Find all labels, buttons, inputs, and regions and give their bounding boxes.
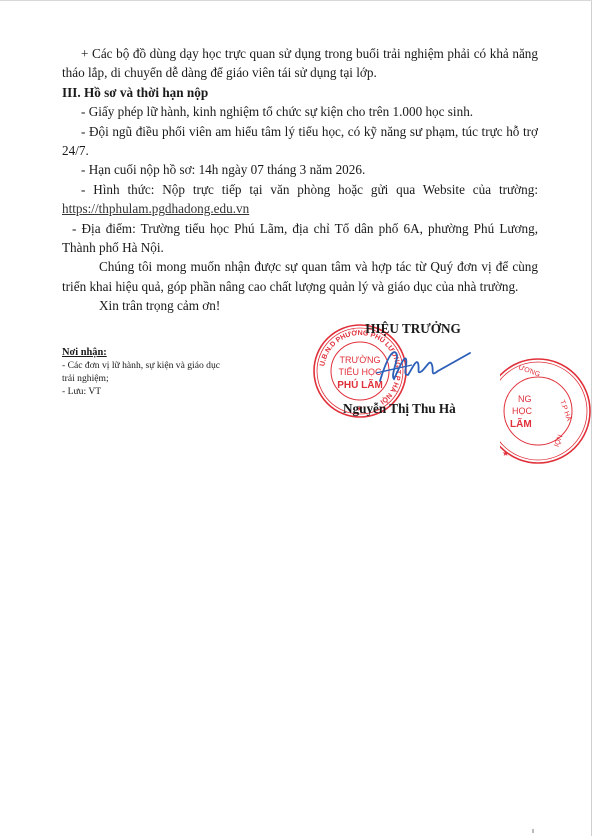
partial-stamp: NG HỌC LÃM ƯƠNG T.P HÀ NỘI ★ bbox=[500, 356, 592, 466]
svg-text:LÃM: LÃM bbox=[510, 417, 532, 430]
svg-text:NỘI: NỘI bbox=[552, 433, 565, 448]
location-item: - Địa điểm: Trường tiểu học Phú Lãm, địa… bbox=[62, 219, 538, 258]
website-link[interactable]: https://thphulam.pgdhadong.edu.vn bbox=[62, 201, 249, 216]
list-item: - Đội ngũ điều phối viên am hiểu tâm lý … bbox=[62, 122, 538, 161]
recipient-line: - Lưu: VT bbox=[62, 385, 232, 398]
svg-text:★: ★ bbox=[502, 449, 509, 458]
list-item: - Hình thức: Nộp trực tiếp tại văn phòng… bbox=[62, 180, 538, 199]
handwritten-signature-icon bbox=[372, 341, 472, 391]
section-heading: III. Hồ sơ và thời hạn nộp bbox=[62, 83, 538, 102]
list-item: - Giấy phép lữ hành, kinh nghiệm tổ chức… bbox=[62, 102, 538, 121]
recipients-title: Nơi nhận: bbox=[62, 346, 232, 359]
list-item: - Hạn cuối nộp hồ sơ: 14h ngày 07 tháng … bbox=[62, 160, 538, 179]
svg-text:HỌC: HỌC bbox=[512, 406, 533, 416]
closing-paragraph: Chúng tôi mong muốn nhận được sự quan tâ… bbox=[62, 257, 538, 296]
document-body: + Các bộ đồ dùng dạy học trực quan sử dụ… bbox=[62, 44, 538, 316]
svg-text:ƯƠNG: ƯƠNG bbox=[517, 364, 541, 378]
recipients-block: Nơi nhận: - Các đơn vị lữ hành, sự kiện … bbox=[62, 346, 232, 398]
svg-text:NG: NG bbox=[518, 394, 532, 404]
signer-name: Nguyễn Thị Thu Hà bbox=[343, 401, 456, 417]
website-paragraph: https://thphulam.pgdhadong.edu.vn bbox=[62, 199, 538, 218]
recipient-line: - Các đơn vị lữ hành, sự kiện và giáo dụ… bbox=[62, 359, 232, 385]
scan-speck bbox=[532, 829, 534, 833]
paragraph-teaching-aids: + Các bộ đồ dùng dạy học trực quan sử dụ… bbox=[62, 44, 538, 83]
thanks-line: Xin trân trọng cảm ơn! bbox=[62, 296, 538, 315]
signer-title: HIỆU TRƯỞNG bbox=[338, 321, 488, 337]
partial-stamp-icon: NG HỌC LÃM ƯƠNG T.P HÀ NỘI ★ bbox=[500, 356, 592, 466]
